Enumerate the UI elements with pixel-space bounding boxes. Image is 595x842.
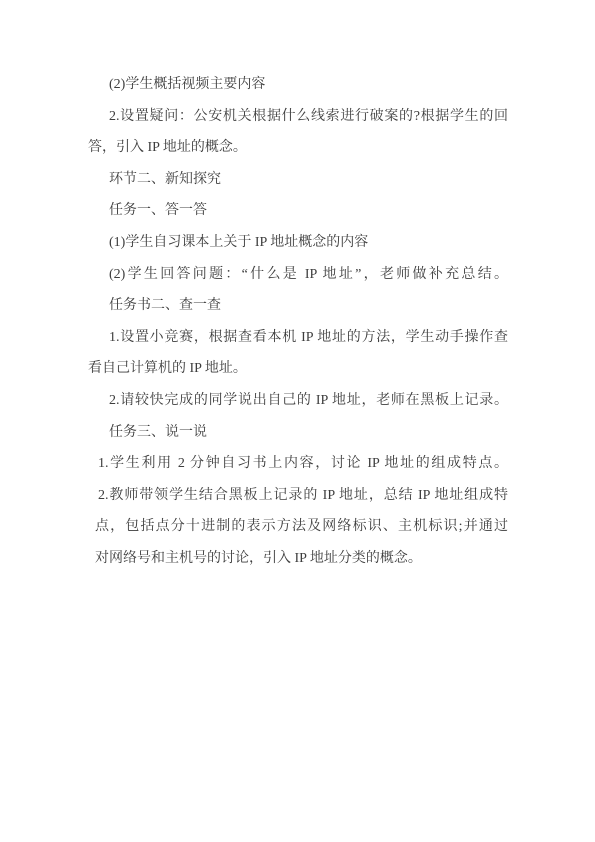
text-line: 看自己计算机的 IP 地址。: [88, 353, 508, 385]
text-line: 任务三、说一说: [88, 417, 508, 449]
text-line: (2)学生回答问题：“什么是 IP 地址”，老师做补充总结。: [88, 259, 508, 291]
text-line: 答，引入 IP 地址的概念。: [88, 132, 508, 164]
text-line: 2.教师带领学生结合黑板上记录的 IP 地址，总结 IP 地址组成特: [88, 480, 508, 512]
document-page: (2)学生概括视频主要内容2.设置疑问：公安机关根据什么线索进行破案的?根据学生…: [0, 0, 595, 842]
text-line: 点，包括点分十进制的表示方法及网络标识、主机标识;并通过: [88, 511, 508, 543]
text-line: 1.设置小竞赛，根据查看本机 IP 地址的方法，学生动手操作查: [88, 322, 508, 354]
text-line: 对网络号和主机号的讨论，引入 IP 地址分类的概念。: [88, 543, 508, 575]
text-line: 2.设置疑问：公安机关根据什么线索进行破案的?根据学生的回: [88, 101, 508, 133]
text-line: (1)学生自习课本上关于 IP 地址概念的内容: [88, 227, 508, 259]
text-line: (2)学生概括视频主要内容: [88, 69, 508, 101]
text-line: 2.请较快完成的同学说出自己的 IP 地址，老师在黑板上记录。: [88, 385, 508, 417]
lesson-plan-text-block: (2)学生概括视频主要内容2.设置疑问：公安机关根据什么线索进行破案的?根据学生…: [88, 69, 508, 575]
text-line: 任务书二、查一查: [88, 290, 508, 322]
text-line: 任务一、答一答: [88, 195, 508, 227]
text-line: 环节二、新知探究: [88, 164, 508, 196]
text-line: 1.学生利用 2 分钟自习书上内容，讨论 IP 地址的组成特点。: [88, 448, 508, 480]
